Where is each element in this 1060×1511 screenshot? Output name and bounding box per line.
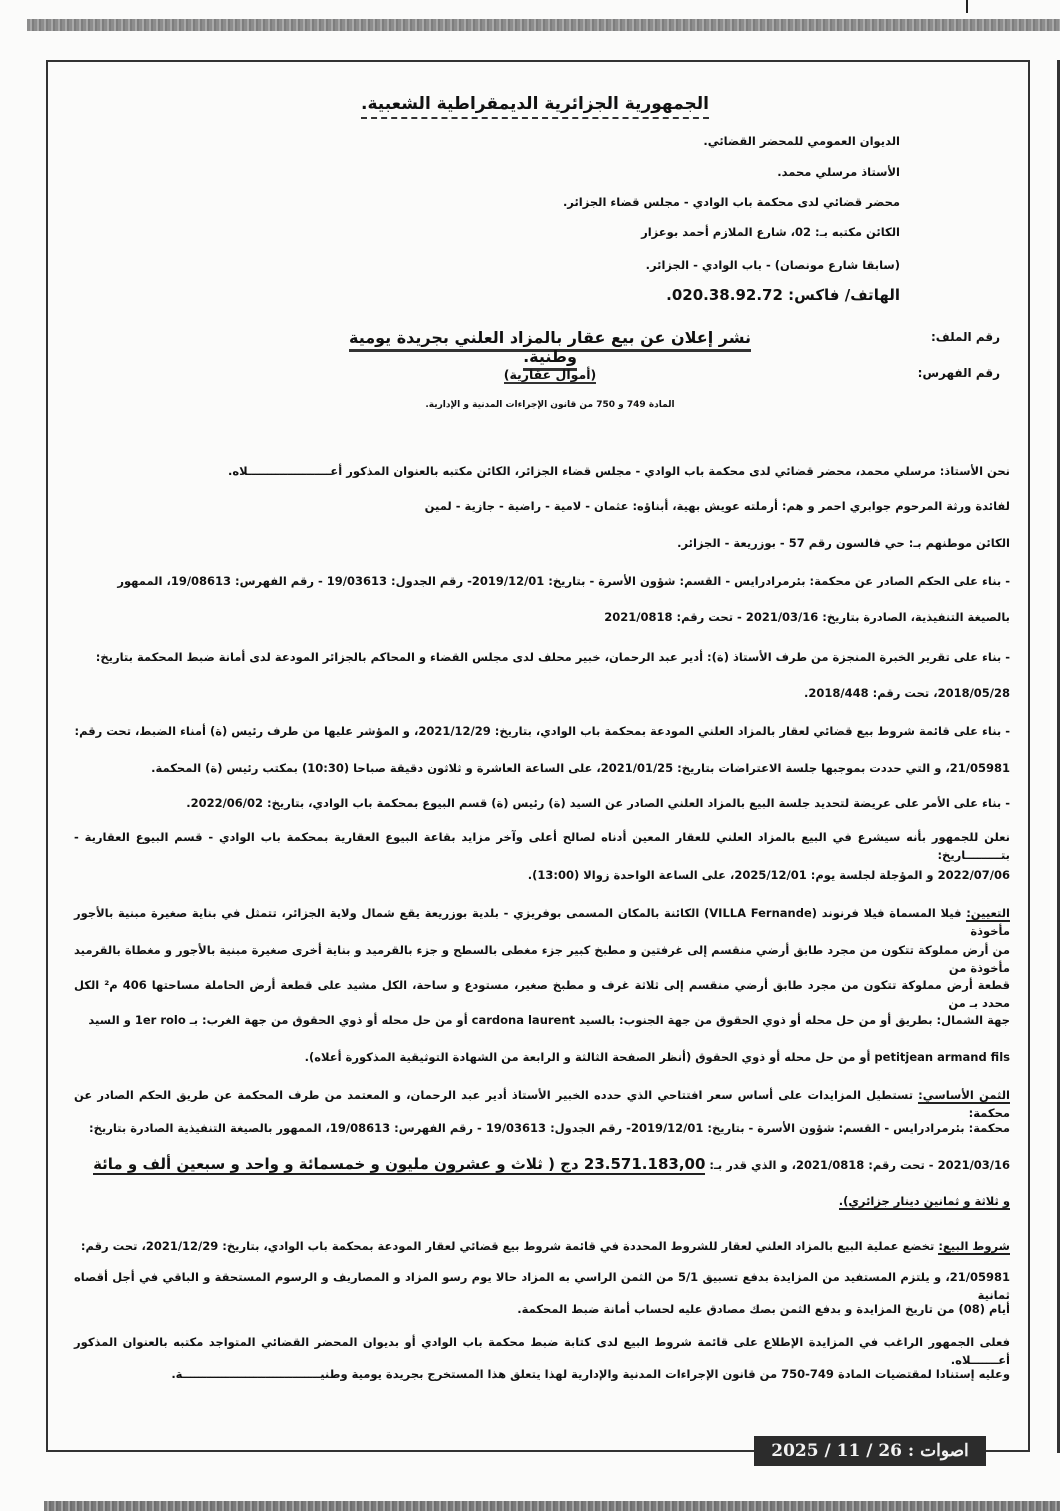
body-line: فعلى الجمهور الراغب في المزايدة الإطلاع … (74, 1333, 1010, 1369)
body-line: جهة الشمال: بطريق أو من حل محله أو ذوي ا… (74, 1011, 1010, 1029)
body-line: petitjean armand fils أو من حل محله أو ذ… (74, 1048, 1010, 1066)
legal-article-reference: المادة 749 و 750 من قانون الإجراءات المد… (330, 400, 770, 410)
top-scan-band (27, 19, 1060, 31)
index-number-label: رقم الفهرس: (918, 366, 1000, 380)
bottom-scan-band (44, 1501, 1060, 1511)
body-line: - بناء على قائمة شروط بيع قضائي لعقار با… (74, 722, 1010, 740)
legal-notice-document: الجمهورية الجزائرية الديمقراطية الشعبية.… (60, 60, 1010, 1440)
description-label: التعيين: (966, 906, 1010, 922)
file-number-label: رقم الملف: (931, 330, 1000, 344)
office-line-4: الكائن مكتبه بـ: 02، شارع الملازم أحمد ب… (641, 223, 900, 241)
office-line-3: محضر قضائي لدى محكمة باب الوادي - مجلس ق… (563, 193, 900, 211)
property-description: التعيين: فيلا المسماة فيلا فرنوند (VILLA… (74, 904, 1010, 940)
notice-title: نشر إعلان عن بيع عقار بالمزاد العلني بجر… (330, 328, 770, 366)
body-line: من أرض مملوكة تتكون من مجرد طابق أرضي من… (74, 941, 1010, 977)
republic-heading: الجمهورية الجزائرية الديمقراطية الشعبية. (60, 94, 1010, 114)
base-price: الثمن الأساسي: تستطيل المزايدات على أساس… (74, 1086, 1010, 1122)
body-line: 2018/05/28، تحت رقم: 2018/448. (74, 684, 1010, 702)
body-line: محكمة: بئرمرادرايس - القسم: شؤون الأسرة … (74, 1119, 1010, 1137)
body-line: - بناء على تقرير الخبرة المنجزة من طرف ا… (74, 648, 1010, 666)
body-line: قطعة أرض مملوكة تتكون من مجرد طابق أرضي … (74, 976, 1010, 1012)
body-line: وعليه إستنادا لمقتضيات المادة 749-750 من… (74, 1365, 1010, 1383)
body-line: أيام (08) من تاريخ المزايدة و بدفع الثمن… (74, 1300, 1010, 1318)
body-line: - بناء على الأمر على عريضة لتحديد جلسة ا… (74, 794, 1010, 812)
page-corner-mark (966, 0, 968, 13)
office-line-2: الأستاذ مرسلي محمد. (777, 163, 900, 181)
body-line: بالصيغة التنفيذية، الصادرة بتاريخ: 2021/… (74, 608, 1010, 626)
body-line: 21/05981، و يلتزم المستفيد من المزايدة ب… (74, 1268, 1010, 1304)
body-line: - بناء على الحكم الصادر عن محكمة: بئرمرا… (74, 572, 1010, 590)
office-line-1: الديوان العمومي للمحضر القضائي. (703, 132, 900, 150)
base-price-label: الثمن الأساسي: (918, 1088, 1010, 1104)
price-amount-line: 2021/03/16 - تحت رقم: 2021/0818، و الذي … (74, 1155, 1010, 1174)
body-line: نعلن للجمهور بأنه سيشرع في البيع بالمزاد… (74, 828, 1010, 864)
notice-subtitle: (أموال عقارية) (330, 367, 770, 382)
body-line: نحن الأستاذ: مرسلي محمد، محضر قضائي لدى … (74, 462, 1010, 480)
publication-date-stamp: اصوات : 26 / 11 / 2025 (754, 1436, 986, 1466)
body-line: لفائدة ورثة المرحوم جوابري احمر و هم: أر… (74, 497, 1010, 515)
body-line: 2022/07/06 و المؤجلة لجلسة يوم: 2025/12/… (74, 866, 1010, 884)
sale-terms: شروط البيع: تخضع عملية البيع بالمزاد الع… (74, 1237, 1010, 1255)
sale-terms-label: شروط البيع: (938, 1239, 1010, 1255)
body-line: الكائن موطنهم بـ: حي فالسون رقم 57 - بوز… (74, 534, 1010, 552)
body-line: 21/05981، و التي حددت بموجبها جلسة الاعت… (74, 759, 1010, 777)
office-line-5: (سابقا شارع مونصان) - باب الوادي - الجزا… (646, 256, 900, 274)
office-phone-fax: الهاتف/ فاكس: 020.38.92.72. (666, 286, 900, 304)
price-amount: 23.571.183,00 دج ( ثلاث و عشرون مليون و … (93, 1155, 705, 1175)
price-amount-words-end: و ثلاثة و ثمانين دينار جزائري). (74, 1192, 1010, 1210)
